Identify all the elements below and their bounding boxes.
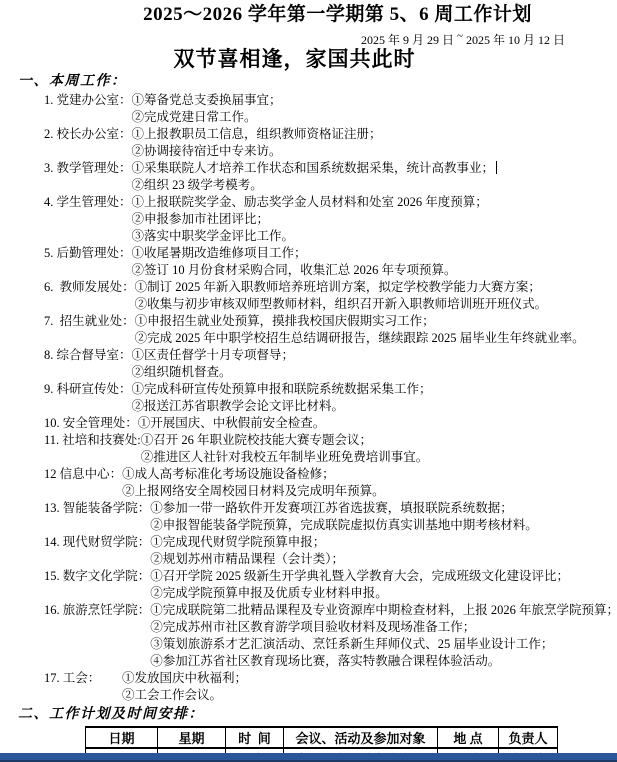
dept-tasks: ①制订 2025 年新入职教师培养班培训方案，拟定学校教学能力大赛方案；②收集与… [135, 279, 617, 313]
dept-label: 5. 后勤管理处： [44, 245, 132, 279]
work-item: 5. 后勤管理处： ①收尾暑期改造维修项目工作；②签订 10 月份食材采购合同，… [0, 245, 617, 279]
dept-tasks: ①完成现代财贸学院预算申报；②规划苏州市精品课程（会计类）； [150, 534, 617, 568]
dept-tasks: ①申报招生就业处预算，摸排我校国庆假期实习工作；②完成 2025 年中职学校招生… [135, 313, 617, 347]
task-line: ①完成科研宣传处预算申报和联院系统数据采集工作； [132, 381, 617, 398]
task-line: ①完成现代财贸学院预算申报； [150, 534, 617, 551]
task-line: ②报送江苏省职教学会论文评比材料。 [132, 398, 617, 415]
task-line: ②组织随机督查。 [132, 364, 617, 381]
task-line: ②规划苏州市精品课程（会计类）； [150, 551, 617, 568]
dept-tasks: ①成人高考标准化考场设施设备检修；②上报网络安全周校园日材料及完成明年预算。 [122, 466, 617, 500]
work-item: 10. 安全管理处： ①开展国庆、中秋假前安全检查。 [0, 415, 617, 432]
date-separator: ~ [454, 30, 466, 42]
task-line: ②上报网络安全周校园日材料及完成明年预算。 [122, 483, 617, 500]
dept-label: 10. 安全管理处： [44, 415, 138, 432]
table-header-cell: 地 点 [438, 727, 499, 748]
dept-label: 15. 数字文化学院： [44, 568, 150, 602]
table-header-cell: 负责人 [499, 727, 558, 748]
work-item: 7. 招生就业处： ①申报招生就业处预算，摸排我校国庆假期实习工作；②完成 20… [0, 313, 617, 347]
table-header-row: 日期星期时 间会议、活动及参加对象地 点负责人 [86, 727, 558, 748]
work-item: 6. 教师发展处： ①制订 2025 年新入职教师培养班培训方案，拟定学校教学能… [0, 279, 617, 313]
task-line: ②收集与初步审核双师型教师材料，组织召开新入职教师培训班开班仪式。 [135, 296, 617, 313]
dept-label: 6. 教师发展处： [44, 279, 135, 313]
dept-tasks: ①开展国庆、中秋假前安全检查。 [138, 415, 617, 432]
weekly-work-list: 1. 党建办公室： ①筹备党总支委换届事宜；②完成党建日常工作。 2. 校长办公… [0, 92, 617, 704]
task-line: ①完成联院第二批精品课程及专业资源库中期检查材料，上报 2026 年旅烹学院预算… [150, 602, 617, 619]
work-item: 14. 现代财贸学院： ①完成现代财贸学院预算申报；②规划苏州市精品课程（会计类… [0, 534, 617, 568]
dept-tasks: ①完成科研宣传处预算申报和联院系统数据采集工作；②报送江苏省职教学会论文评比材料… [132, 381, 617, 415]
dept-label: 17. 工会： [44, 670, 122, 704]
dept-label: 11. 社培和技赛处: [44, 432, 141, 466]
dept-label: 2. 校长办公室： [44, 126, 132, 160]
work-item: 12 信息中心： ①成人高考标准化考场设施设备检修；②上报网络安全周校园日材料及… [0, 466, 617, 500]
dept-label: 14. 现代财贸学院： [44, 534, 150, 568]
task-line: ④参加江苏省社区教育现场比赛，落实特教融合课程体验活动。 [150, 653, 617, 670]
table-header-cell: 时 间 [226, 727, 284, 748]
dept-tasks: ①召开学院 2025 级新生开学典礼暨入学教育大会，完成班级文化建设评比；②完成… [150, 568, 617, 602]
dept-tasks: ①召开 26 年职业院校技能大赛专题会议；②推进区人社针对我校五年制毕业班免费培… [141, 432, 617, 466]
task-line: ①收尾暑期改造维修项目工作； [132, 245, 617, 262]
task-line: ②完成学院预算申报及优质专业材料申报。 [150, 585, 617, 602]
dept-tasks: ①发放国庆中秋福利；②工会工作会议。 [122, 670, 617, 704]
dept-label: 13. 智能装备学院： [44, 500, 150, 534]
task-line: ②完成苏州市社区教育游学项目验收材料及现场准备工作； [150, 619, 617, 636]
work-item: 9. 科研宣传处： ①完成科研宣传处预算申报和联院系统数据采集工作；②报送江苏省… [0, 381, 617, 415]
dept-tasks: ①上报联院奖学金、励志奖学金人员材料和处室 2026 年度预算；②申报参加市社团… [132, 194, 617, 245]
dept-tasks: ①筹备党总支委换届事宜；②完成党建日常工作。 [132, 92, 617, 126]
task-line: ②推进区人社针对我校五年制毕业班免费培训事宜。 [141, 449, 617, 466]
document-page[interactable]: 2025～2026 学年第一学期第 5、6 周工作计划 2025 年 9 月 2… [0, 0, 617, 762]
work-item: 8. 综合督导室： ①区责任督学十月专项督导；②组织随机督查。 [0, 347, 617, 381]
section1-heading: 一、本周工作： [18, 73, 617, 91]
work-item: 3. 教学管理处： ①采集联院人才培养工作状态和国系统数据采集，统计高教事业；②… [0, 160, 617, 194]
dept-label: 1. 党建办公室： [44, 92, 132, 126]
dept-label: 9. 科研宣传处： [44, 381, 132, 415]
task-line: ②申报参加市社团评比； [132, 211, 617, 228]
dept-label: 8. 综合督导室： [44, 347, 132, 381]
task-line: ①上报联院奖学金、励志奖学金人员材料和处室 2026 年度预算； [132, 194, 617, 211]
date-range: 2025 年 9 月 29 日~2025 年 10 月 12 日 [0, 29, 617, 48]
work-item: 11. 社培和技赛处: ①召开 26 年职业院校技能大赛专题会议；②推进区人社针… [0, 432, 617, 466]
dept-label: 7. 招生就业处： [44, 313, 135, 347]
table-header-cell: 会议、活动及参加对象 [284, 727, 438, 748]
dept-label: 16. 旅游烹饪学院： [44, 602, 150, 670]
task-line: ①区责任督学十月专项督导； [132, 347, 617, 364]
dept-tasks: ①上报教职员工信息，组织教师资格证注册；②协调接待宿迁中专来访。 [132, 126, 617, 160]
status-bar [0, 753, 617, 760]
dept-tasks: ①参加一带一路软件开发赛项江苏省选拔赛，填报联院系统数据；②申报智能装备学院预算… [150, 500, 617, 534]
task-line: ②完成 2025 年中职学校招生总结调研报告，继续跟踪 2025 届毕业生年终就… [135, 330, 617, 347]
task-line: ②工会工作会议。 [122, 687, 617, 704]
dept-label: 12 信息中心： [44, 466, 122, 500]
dept-tasks: ①采集联院人才培养工作状态和国系统数据采集，统计高教事业；②组织 23 级学考模… [132, 160, 617, 194]
doc-slogan: 双节喜相逢，家国共此时 [0, 48, 617, 71]
table-header-cell: 日期 [86, 727, 158, 748]
dept-label: 4. 学生管理处： [44, 194, 132, 245]
table-header-cell: 星期 [158, 727, 226, 748]
work-item: 13. 智能装备学院： ①参加一带一路软件开发赛项江苏省选拔赛，填报联院系统数据… [0, 500, 617, 534]
task-line: ①参加一带一路软件开发赛项江苏省选拔赛，填报联院系统数据； [150, 500, 617, 517]
dept-tasks: ①收尾暑期改造维修项目工作；②签订 10 月份食材采购合同，收集汇总 2026 … [132, 245, 617, 279]
task-line: ①成人高考标准化考场设施设备检修； [122, 466, 617, 483]
text-cursor [496, 161, 497, 174]
task-line: ②协调接待宿迁中专来访。 [132, 143, 617, 160]
work-item: 1. 党建办公室： ①筹备党总支委换届事宜；②完成党建日常工作。 [0, 92, 617, 126]
task-line: ③策划旅游系才艺汇演活动、烹饪系新生拜师仪式、25 届毕业设计工作； [150, 636, 617, 653]
date-start: 2025 年 9 月 29 日 [361, 33, 454, 47]
task-line: ②申报智能装备学院预算，完成联院虚拟仿真实训基地中期考核材料。 [150, 517, 617, 534]
task-line: ①采集联院人才培养工作状态和国系统数据采集，统计高教事业； [132, 160, 617, 177]
work-item: 16. 旅游烹饪学院： ①完成联院第二批精品课程及专业资源库中期检查材料，上报 … [0, 602, 617, 670]
task-line: ①制订 2025 年新入职教师培养班培训方案，拟定学校教学能力大赛方案； [135, 279, 617, 296]
task-line: ①发放国庆中秋福利； [122, 670, 617, 687]
work-item: 4. 学生管理处： ①上报联院奖学金、励志奖学金人员材料和处室 2026 年度预… [0, 194, 617, 245]
date-end: 2025 年 10 月 12 日 [466, 33, 565, 47]
task-line: ②完成党建日常工作。 [132, 109, 617, 126]
dept-tasks: ①完成联院第二批精品课程及专业资源库中期检查材料，上报 2026 年旅烹学院预算… [150, 602, 617, 670]
task-line: ①召开学院 2025 级新生开学典礼暨入学教育大会，完成班级文化建设评比； [150, 568, 617, 585]
task-line: ②组织 23 级学考模考。 [132, 177, 617, 194]
section2-heading: 二、工作计划及时间安排： [18, 706, 617, 724]
task-line: ①召开 26 年职业院校技能大赛专题会议； [141, 432, 617, 449]
task-line: ①筹备党总支委换届事宜； [132, 92, 617, 109]
task-line: ①上报教职员工信息，组织教师资格证注册； [132, 126, 617, 143]
task-line: ①开展国庆、中秋假前安全检查。 [138, 415, 617, 432]
work-item: 17. 工会： ①发放国庆中秋福利；②工会工作会议。 [0, 670, 617, 704]
dept-label: 3. 教学管理处： [44, 160, 132, 194]
doc-title: 2025～2026 学年第一学期第 5、6 周工作计划 [0, 2, 617, 28]
dept-tasks: ①区责任督学十月专项督导；②组织随机督查。 [132, 347, 617, 381]
work-item: 15. 数字文化学院： ①召开学院 2025 级新生开学典礼暨入学教育大会，完成… [0, 568, 617, 602]
work-item: 2. 校长办公室： ①上报教职员工信息，组织教师资格证注册；②协调接待宿迁中专来… [0, 126, 617, 160]
task-line: ①申报招生就业处预算，摸排我校国庆假期实习工作； [135, 313, 617, 330]
task-line: ②签订 10 月份食材采购合同，收集汇总 2026 年专项预算。 [132, 262, 617, 279]
task-line: ③落实中职奖学金评比工作。 [132, 228, 617, 245]
